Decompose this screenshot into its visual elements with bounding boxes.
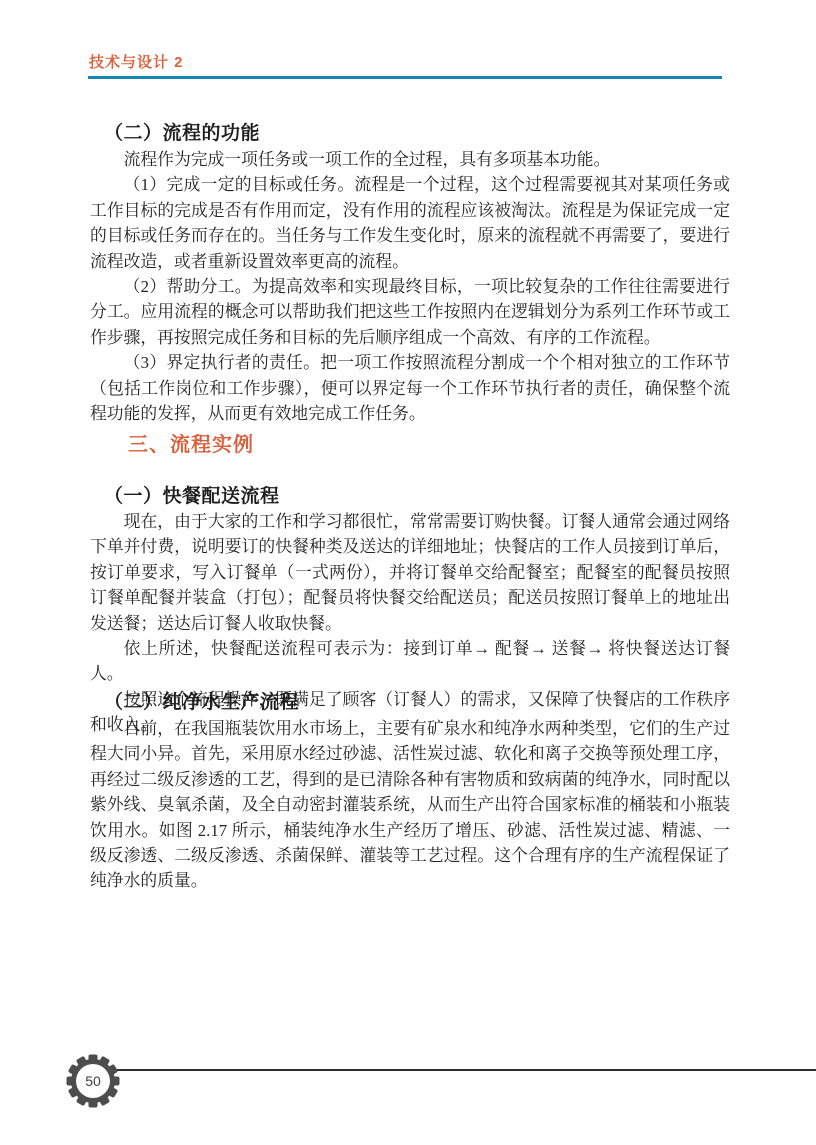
paragraph-fastfood-1: 现在，由于大家的工作和学习都很忙，常常需要订购快餐。订餐人通常会通过网络下单并付… [90, 509, 730, 636]
flow-functions-text: 流程作为完成一项任务或一项工作的全过程，具有多项基本功能。 （1）完成一定的目标… [90, 147, 730, 426]
paragraph-function-2: （2）帮助分工。为提高效率和实现最终目标，一项比较复杂的工作往往需要进行分工。应… [90, 274, 730, 350]
subheading-purified-water: （二）纯净水生产流程 [104, 687, 299, 714]
header-rule [88, 76, 722, 79]
subheading-fastfood-delivery: （一）快餐配送流程 [104, 481, 280, 508]
page-number: 50 [85, 1073, 101, 1089]
section-heading-flow-examples: 三、流程实例 [128, 428, 254, 457]
purified-water-text: 目前，在我国瓶装饮用水市场上，主要有矿泉水和纯净水两种类型，它们的生产过程大同小… [90, 716, 730, 894]
paragraph-functions-intro: 流程作为完成一项任务或一项工作的全过程，具有多项基本功能。 [90, 147, 730, 172]
paragraph-water-1: 目前，在我国瓶装饮用水市场上，主要有矿泉水和纯净水两种类型，它们的生产过程大同小… [90, 716, 730, 894]
gear-icon: 50 [66, 1054, 120, 1108]
footer-rule [116, 1069, 816, 1071]
book-title: 技术与设计 2 [89, 51, 184, 72]
textbook-page: 技术与设计 2 （二）流程的功能 流程作为完成一项任务或一项工作的全过程，具有多… [0, 0, 816, 1145]
paragraph-function-1: （1）完成一定的目标或任务。流程是一个过程，这个过程需要视其对某项任务或工作目标… [90, 172, 730, 274]
heading-flow-functions: （二）流程的功能 [104, 118, 260, 145]
paragraph-fastfood-2: 依上所述，快餐配送流程可表示为：接到订单→ 配餐→ 送餐→ 将快餐送达订餐人。 [90, 636, 730, 687]
paragraph-function-3: （3）界定执行者的责任。把一项工作按照流程分割成一个个相对独立的工作环节（包括工… [90, 350, 730, 426]
